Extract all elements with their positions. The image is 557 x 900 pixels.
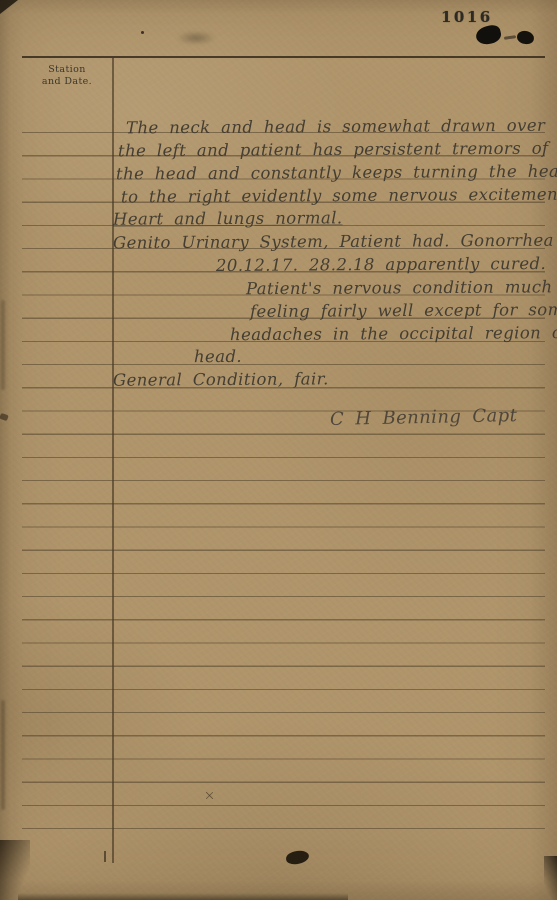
station-date-header-line2: and Date. <box>24 76 110 88</box>
paper-edge-streak <box>0 413 9 421</box>
ink-speck <box>141 31 144 34</box>
handwritten-line: Patient's nervous condition much improve… <box>246 277 557 298</box>
station-date-header: Station and Date. <box>24 64 110 88</box>
handwritten-line: General Condition, fair. <box>113 369 329 389</box>
smudge-mark <box>176 31 216 45</box>
pencil-mark <box>206 792 213 799</box>
handwritten-line: feeling fairly well except for some <box>250 300 557 321</box>
ink-speck <box>104 851 106 862</box>
handwritten-line: the head and constantly keeps turning th… <box>116 162 557 184</box>
paper-corner-shadow <box>544 856 557 900</box>
handwritten-line: headaches in the occipital region of the <box>230 323 557 344</box>
handwritten-line: The neck and head is somewhat drawn over… <box>126 116 557 138</box>
ink-blot <box>285 850 309 865</box>
handwritten-line: the left and patient has persistent trem… <box>118 139 549 161</box>
paper-edge-streak <box>1 300 5 390</box>
handwritten-line: Heart and lungs normal. <box>113 208 343 228</box>
handwritten-line: Genito Urinary System, Patient had. Gono… <box>113 231 554 253</box>
ink-blot-smear <box>504 35 516 40</box>
handwritten-line: 20.12.17. 28.2.18 apparently cured. <box>216 254 546 275</box>
handwritten-signature: C H Benning Capt <box>330 405 518 430</box>
header-rule-line <box>22 56 545 58</box>
station-date-header-line1: Station <box>24 64 110 76</box>
paper-corner-shadow <box>0 0 18 14</box>
paper-edge-streak <box>1 700 5 810</box>
ink-blot <box>516 30 535 45</box>
handwritten-line: to the right evidently some nervous exci… <box>121 185 557 207</box>
scanned-document-page: Station and Date. 1016 The neck and head… <box>0 0 557 900</box>
page-number-stamp: 1016 <box>441 8 493 26</box>
ink-blot <box>474 23 503 47</box>
paper-corner-shadow <box>0 840 30 900</box>
paper-edge-shadow <box>18 893 348 900</box>
column-divider-line <box>112 57 114 863</box>
handwritten-line: head. <box>194 347 242 366</box>
